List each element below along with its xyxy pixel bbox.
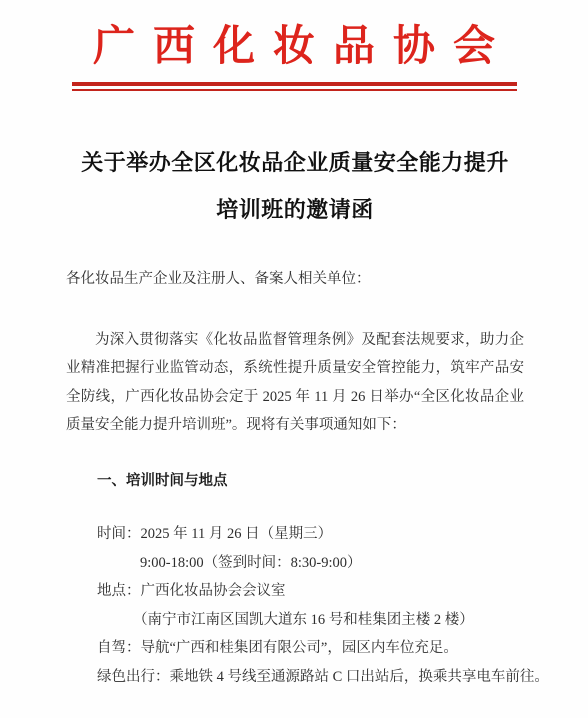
detail-line-time-detail: 9:00-18:00（签到时间：8:30-9:00） [140,549,524,578]
letterhead-divider-thin-line [72,89,517,91]
letterhead-org-name: 广西化妆品协会 [0,0,588,70]
document-title: 关于举办全区化妆品企业质量安全能力提升 培训班的邀请函 [66,139,524,233]
detail-line-time: 时间：2025 年 11 月 26 日（星期三） [97,520,524,549]
detail-line-by-car: 自驾：导航“广西和桂集团有限公司”，园区内车位充足。 [97,634,524,663]
document-title-line-1: 关于举办全区化妆品企业质量安全能力提升 [66,139,524,186]
document-page: 广西化妆品协会 关于举办全区化妆品企业质量安全能力提升 培训班的邀请函 各化妆品… [0,0,588,718]
section-1-heading: 一、培训时间与地点 [97,467,524,496]
detail-line-place-address: （南宁市江南区国凯大道东 16 号和桂集团主楼 2 楼） [133,606,524,635]
intro-paragraph: 为深入贯彻落实《化妆品监督管理条例》及配套法规要求，助力企业精准把握行业监管动态… [66,326,524,440]
document-title-line-2: 培训班的邀请函 [66,186,524,233]
letterhead-divider [72,82,517,91]
detail-line-place: 地点：广西化妆品协会会议室 [97,577,524,606]
salutation: 各化妆品生产企业及注册人、备案人相关单位： [66,265,524,294]
detail-line-green-travel: 绿色出行：乘地铁 4 号线至通源路站 C 口出站后，换乘共享电车前往。 [97,663,524,692]
training-details: 时间：2025 年 11 月 26 日（星期三） 9:00-18:00（签到时间… [66,520,524,691]
letterhead-divider-thick-line [72,82,517,86]
